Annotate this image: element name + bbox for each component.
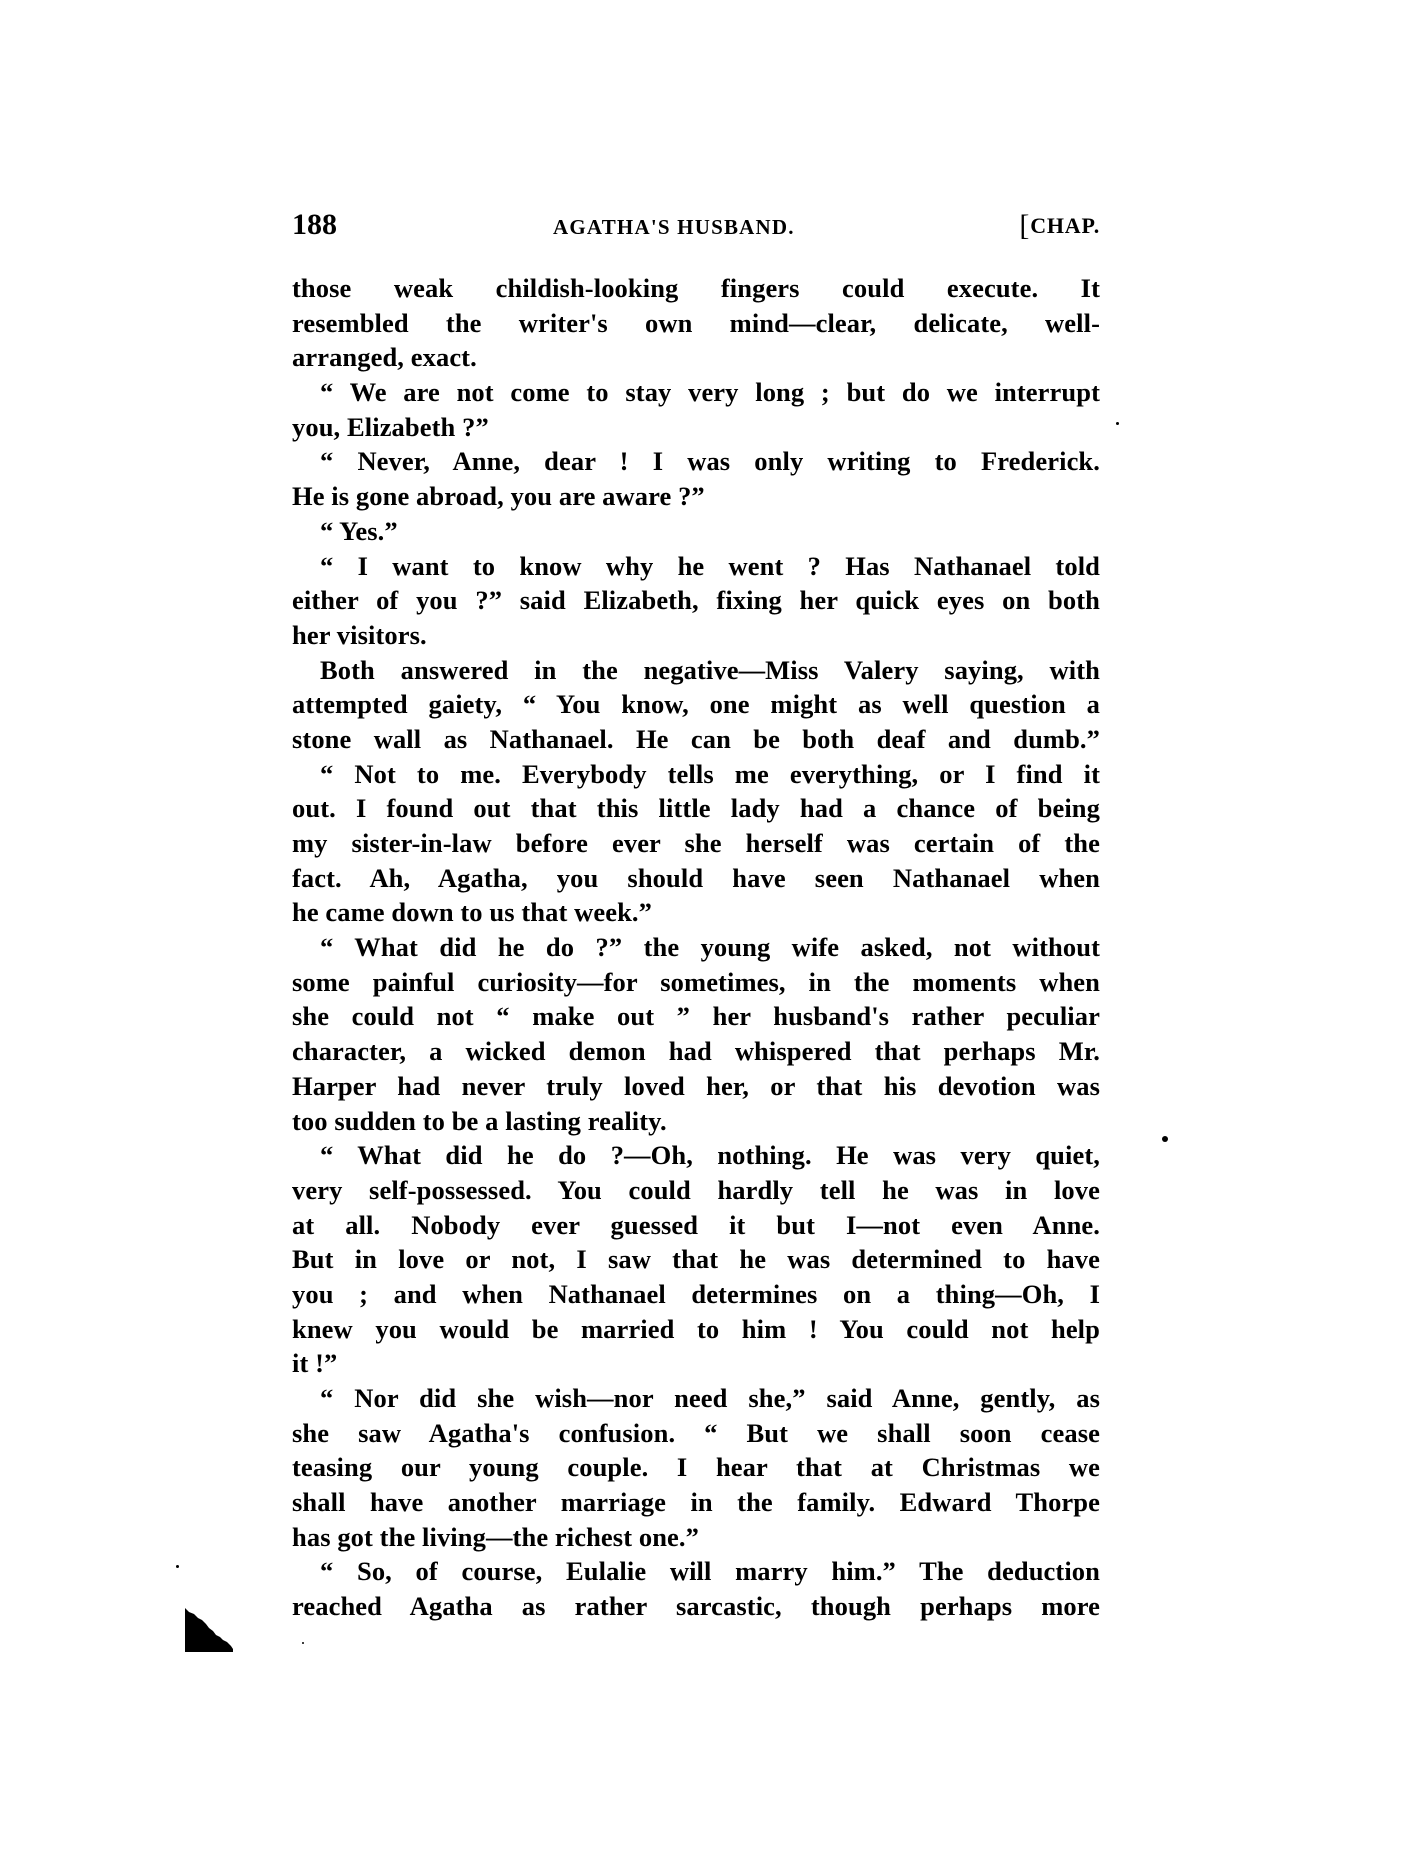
text-line: you ; and when Nathanael determines on a… bbox=[292, 1277, 1100, 1312]
text-line: at all. Nobody ever guessed it but I—not… bbox=[292, 1208, 1100, 1243]
text-line: Harper had never truly loved her, or tha… bbox=[292, 1069, 1100, 1104]
text-line: either of you ?” said Elizabeth, fixing … bbox=[292, 583, 1100, 618]
text-line: it !” bbox=[292, 1346, 1100, 1381]
text-line: “ Not to me. Everybody tells me everythi… bbox=[292, 757, 1100, 792]
text-line: he came down to us that week.” bbox=[292, 895, 1100, 930]
scan-corner-triangle-icon bbox=[185, 1608, 233, 1652]
text-line: arranged, exact. bbox=[292, 340, 1100, 375]
text-line: resembled the writer's own mind—clear, d… bbox=[292, 306, 1100, 341]
chapter-marker: [CHAP. bbox=[1019, 211, 1100, 241]
text-line: shall have another marriage in the famil… bbox=[292, 1485, 1100, 1520]
text-line: “ We are not come to stay very long ; bu… bbox=[292, 375, 1100, 410]
scan-speck bbox=[1116, 422, 1119, 425]
text-line: character, a wicked demon had whispered … bbox=[292, 1034, 1100, 1069]
scan-speck bbox=[176, 1565, 179, 1568]
text-line: “ Nor did she wish—nor need she,” said A… bbox=[292, 1381, 1100, 1416]
text-line: He is gone abroad, you are aware ?” bbox=[292, 479, 1100, 514]
text-line: “ Never, Anne, dear ! I was only writing… bbox=[292, 444, 1100, 479]
text-line: she could not “ make out ” her husband's… bbox=[292, 999, 1100, 1034]
text-line: her visitors. bbox=[292, 618, 1100, 653]
text-line: “ What did he do ?—Oh, nothing. He was v… bbox=[292, 1138, 1100, 1173]
text-line: attempted gaiety, “ You know, one might … bbox=[292, 687, 1100, 722]
text-line: those weak childish-looking fingers coul… bbox=[292, 271, 1100, 306]
text-line: But in love or not, I saw that he was de… bbox=[292, 1242, 1100, 1277]
text-line: “ What did he do ?” the young wife asked… bbox=[292, 930, 1100, 965]
text-line: my sister-in-law before ever she herself… bbox=[292, 826, 1100, 861]
page-number: 188 bbox=[292, 208, 337, 242]
scan-speck bbox=[1162, 1136, 1168, 1142]
text-line: reached Agatha as rather sarcastic, thou… bbox=[292, 1589, 1100, 1624]
book-page: 188 AGATHA'S HUSBAND. [CHAP. those weak … bbox=[0, 0, 1401, 1851]
text-line: you, Elizabeth ?” bbox=[292, 410, 1100, 445]
running-head: 188 AGATHA'S HUSBAND. [CHAP. bbox=[292, 208, 1100, 242]
text-line: “ So, of course, Eulalie will marry him.… bbox=[292, 1554, 1100, 1589]
text-line: “ Yes.” bbox=[292, 514, 1100, 549]
running-title: AGATHA'S HUSBAND. bbox=[553, 212, 795, 242]
text-line: has got the living—the richest one.” bbox=[292, 1520, 1100, 1555]
text-line: too sudden to be a lasting reality. bbox=[292, 1104, 1100, 1139]
text-line: out. I found out that this little lady h… bbox=[292, 791, 1100, 826]
text-line: some painful curiosity—for sometimes, in… bbox=[292, 965, 1100, 1000]
text-line: stone wall as Nathanael. He can be both … bbox=[292, 722, 1100, 757]
text-line: fact. Ah, Agatha, you should have seen N… bbox=[292, 861, 1100, 896]
text-line: she saw Agatha's confusion. “ But we sha… bbox=[292, 1416, 1100, 1451]
text-line: knew you would be married to him ! You c… bbox=[292, 1312, 1100, 1347]
chapter-bracket: [ bbox=[1019, 209, 1030, 242]
text-line: teasing our young couple. I hear that at… bbox=[292, 1450, 1100, 1485]
text-line: “ I want to know why he went ? Has Natha… bbox=[292, 549, 1100, 584]
scan-speck bbox=[302, 1642, 304, 1644]
body-text: those weak childish-looking fingers coul… bbox=[292, 271, 1100, 1624]
text-line: very self-possessed. You could hardly te… bbox=[292, 1173, 1100, 1208]
text-line: Both answered in the negative—Miss Valer… bbox=[292, 653, 1100, 688]
chapter-label: CHAP. bbox=[1030, 213, 1100, 238]
